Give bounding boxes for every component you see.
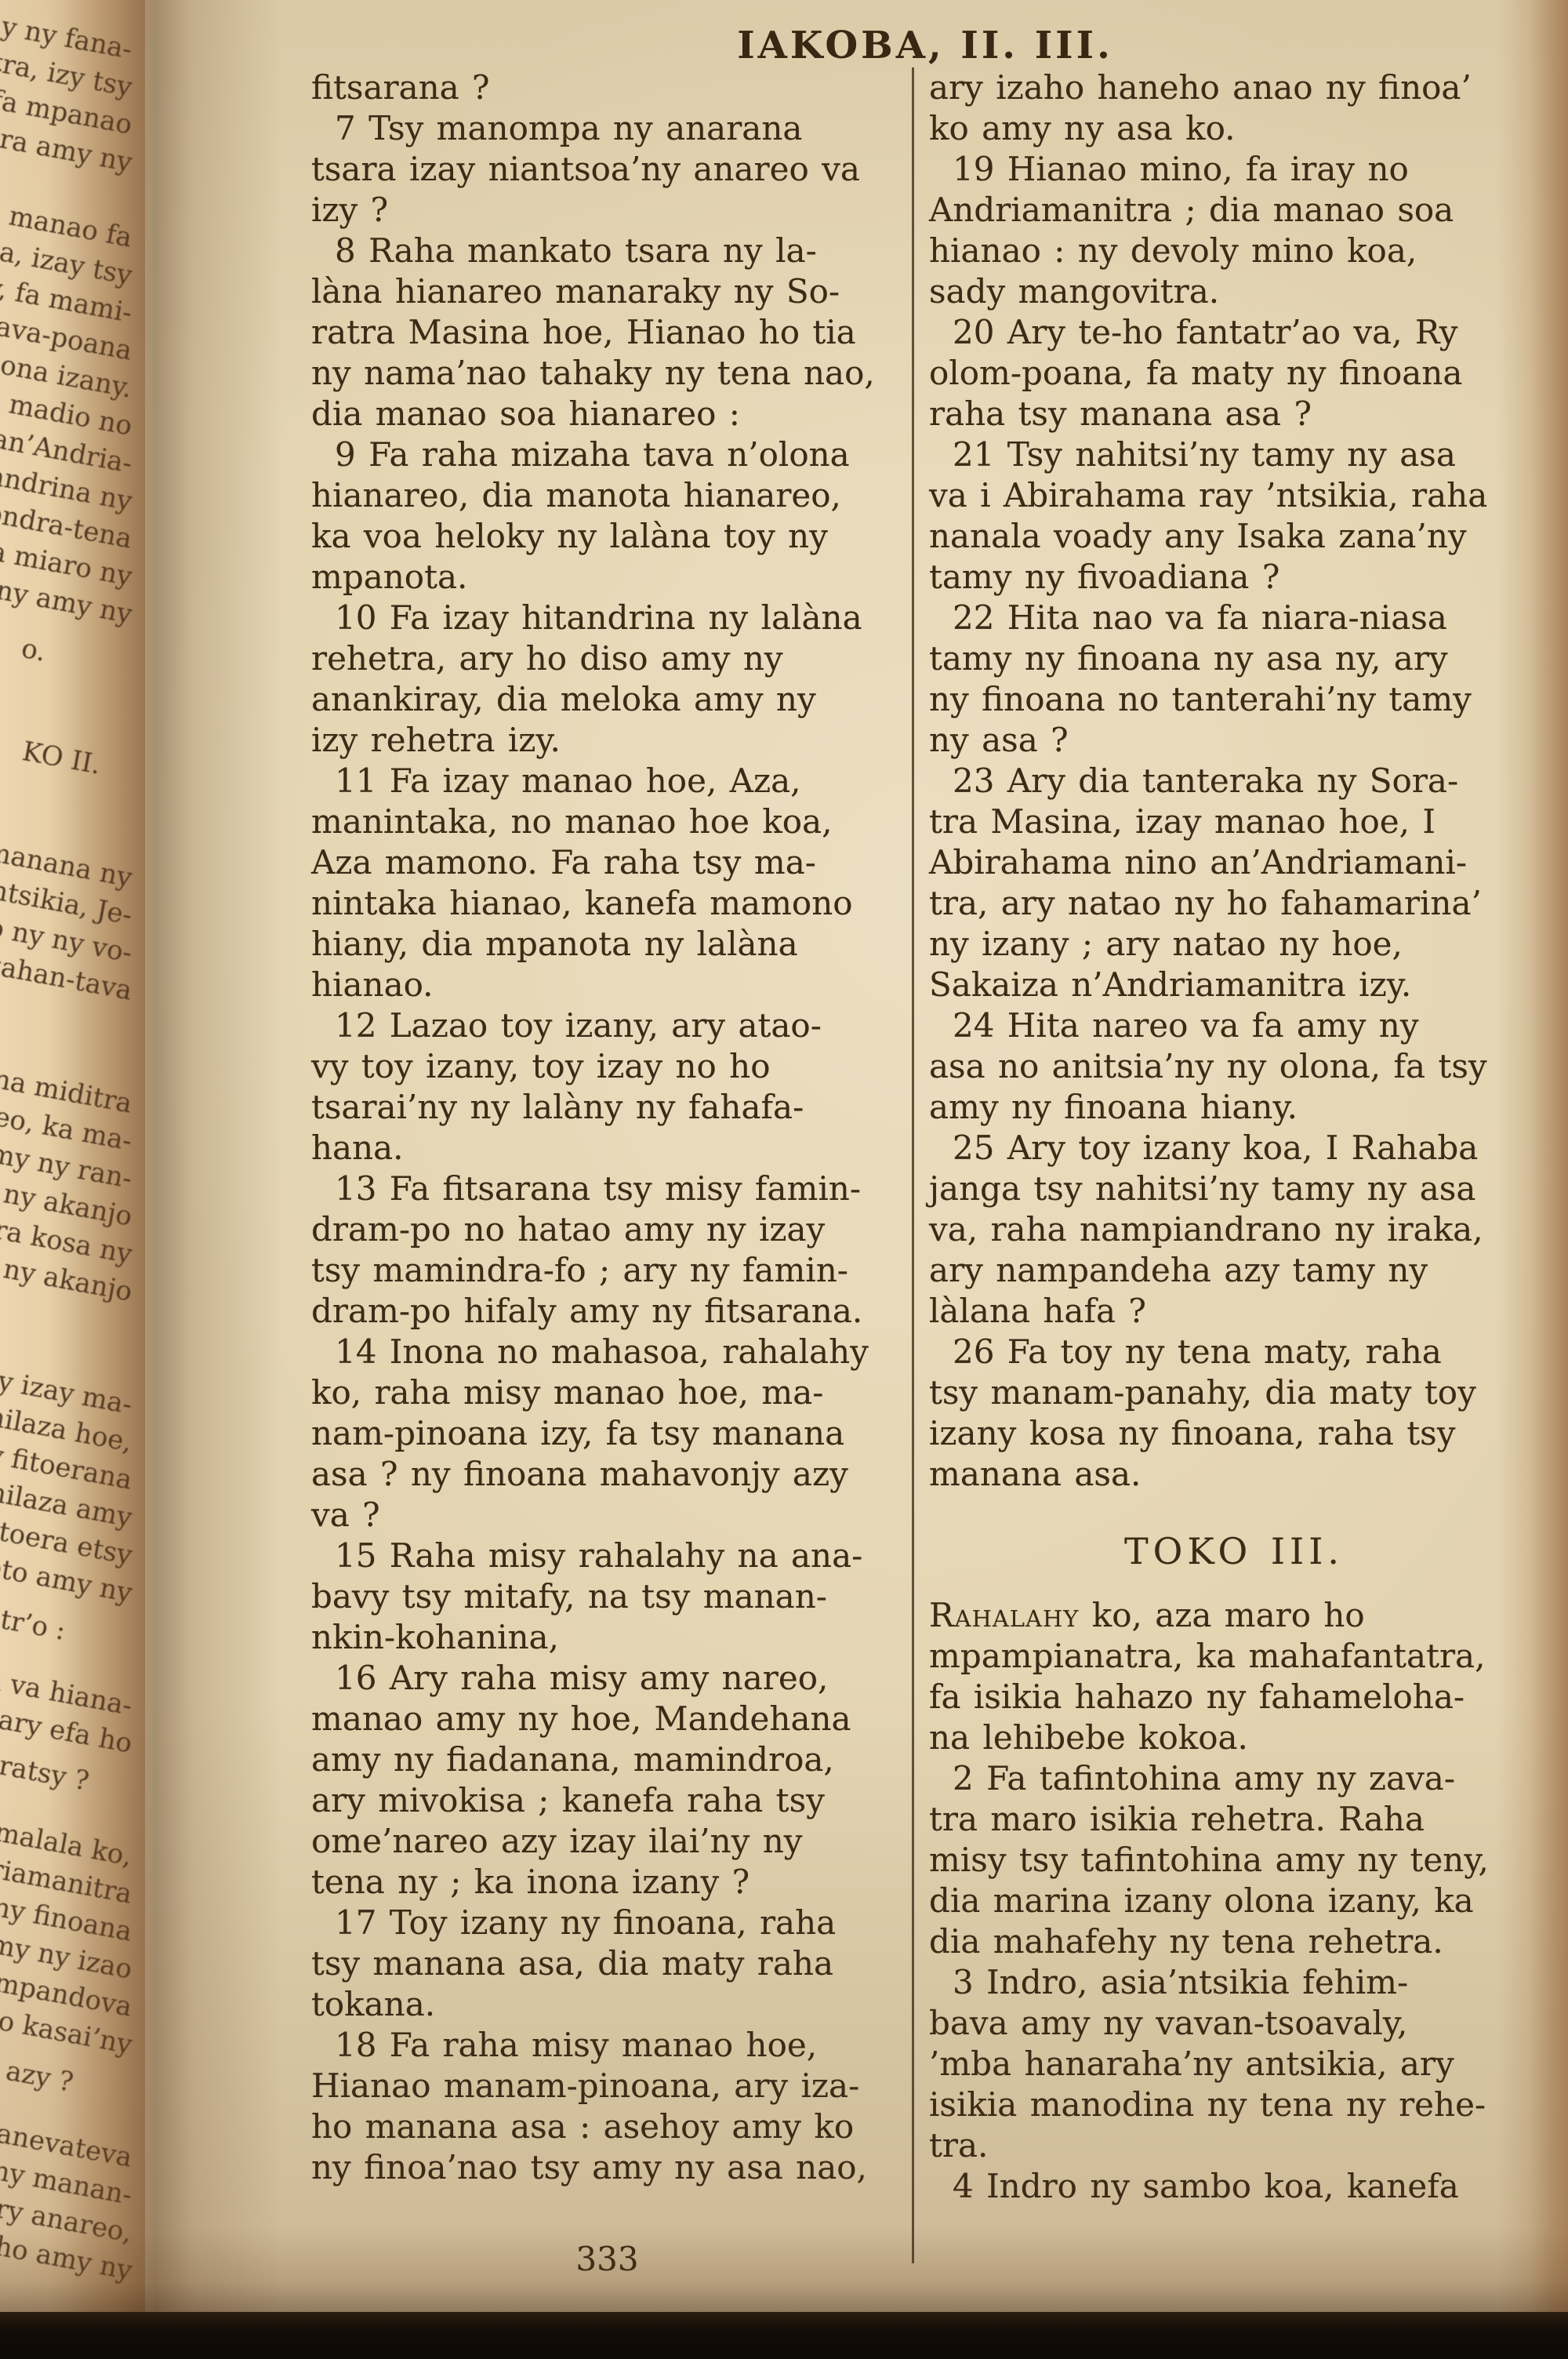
verse-text: 10 Fa izay hitandrina ny lalàna rehetra,… — [311, 598, 862, 759]
left-column: fitsarana ? 7 Tsy manompa ny anarana tsa… — [311, 67, 903, 2188]
verse-paragraph: 24 Hita nareo va fa amy ny asa no anitsi… — [929, 1005, 1539, 1128]
verse-paragraph: 21 Tsy nahitsi’ny tamy ny asa va i Abira… — [929, 434, 1539, 598]
verse-paragraph: 3 Indro, asia’ntsikia fehim- bava amy ny… — [929, 1962, 1539, 2166]
verse-paragraph: 16 Ary raha misy amy nareo, manao amy ny… — [311, 1658, 903, 1903]
verse-paragraph: 26 Fa toy ny tena maty, raha tsy manam-p… — [929, 1332, 1539, 1495]
verse-paragraph: 19 Hianao mino, fa iray no Andriamanitra… — [929, 149, 1539, 312]
verse-paragraph: Rahalahy ko, aza maro ho mpampianatra, k… — [929, 1595, 1539, 1758]
verse-paragraph: 22 Hita nao va fa niara-niasa tamy ny fi… — [929, 598, 1539, 761]
verse-paragraph: ary izaho haneho anao ny finoa’ ko amy n… — [929, 67, 1539, 149]
verse-text: 16 Ary raha misy amy nareo, manao amy ny… — [311, 1659, 851, 1901]
verse-text: 12 Lazao toy izany, ary atao- vy toy iza… — [311, 1006, 822, 1167]
verse-paragraph: 12 Lazao toy izany, ary atao- vy toy iza… — [311, 1005, 903, 1169]
verse-text: 21 Tsy nahitsi’ny tamy ny asa va i Abira… — [929, 435, 1487, 596]
smallcaps-lead: Rahalahy — [929, 1596, 1079, 1634]
verse-paragraph: 13 Fa fitsarana tsy misy famin- dram-po … — [311, 1169, 903, 1332]
verse-text: TOKO III. — [1124, 1530, 1344, 1572]
verse-text: 15 Raha misy rahalahy na ana- bavy tsy m… — [311, 1536, 862, 1656]
verse-paragraph: fitsarana ? — [311, 67, 903, 108]
verse-paragraph: 7 Tsy manompa ny anarana tsara izay nian… — [311, 108, 903, 231]
verse-text: 25 Ary toy izany koa, I Rahaba janga tsy… — [929, 1129, 1483, 1330]
column-divider-rule — [912, 67, 914, 2263]
verse-text: 7 Tsy manompa ny anarana tsara izay nian… — [311, 109, 860, 229]
verse-text: 23 Ary dia tanteraka ny Sora- tra Masina… — [929, 761, 1482, 1004]
verse-text: 3 Indro, asia’ntsikia fehim- bava amy ny… — [929, 1963, 1486, 2165]
verse-paragraph: 10 Fa izay hitandrina ny lalàna rehetra,… — [311, 598, 903, 761]
verse-text: 11 Fa izay manao hoe, Aza, manintaka, no… — [311, 761, 853, 1004]
bottom-page-shadow — [0, 2227, 1568, 2317]
verse-text: 14 Inona no mahasoa, rahalahy ko, raha m… — [311, 1332, 869, 1534]
verse-paragraph: 17 Toy izany ny finoana, raha tsy manana… — [311, 1903, 903, 2025]
running-head-title: IAKOBA, II. III. — [314, 24, 1537, 67]
verse-text: 13 Fa fitsarana tsy misy famin- dram-po … — [311, 1169, 862, 1330]
verse-paragraph: 25 Ary toy izany koa, I Rahaba janga tsy… — [929, 1128, 1539, 1332]
verse-text: 19 Hianao mino, fa iray no Andriamanitra… — [929, 150, 1454, 311]
verse-paragraph: 11 Fa izay manao hoe, Aza, manintaka, no… — [311, 761, 903, 1005]
verse-paragraph: 14 Inona no mahasoa, rahalahy ko, raha m… — [311, 1332, 903, 1536]
verse-text: fitsarana ? — [311, 68, 490, 107]
photo-background-band — [0, 2312, 1568, 2359]
verse-paragraph: 4 Indro ny sambo koa, kanefa — [929, 2166, 1539, 2207]
verse-text: 18 Fa raha misy manao hoe, Hianao manam-… — [311, 2026, 867, 2186]
verse-text: 17 Toy izany ny finoana, raha tsy manana… — [311, 1903, 836, 2023]
verse-text: 24 Hita nareo va fa amy ny asa no anitsi… — [929, 1006, 1487, 1126]
verse-paragraph: 23 Ary dia tanteraka ny Sora- tra Masina… — [929, 761, 1539, 1005]
verse-text: 8 Raha mankato tsara ny la- làna hianare… — [311, 231, 875, 433]
verse-text: 9 Fa raha mizaha tava n’olona hianareo, … — [311, 435, 850, 596]
verse-text: 26 Fa toy ny tena maty, raha tsy manam-p… — [929, 1332, 1476, 1493]
verse-paragraph: 15 Raha misy rahalahy na ana- bavy tsy m… — [311, 1536, 903, 1658]
verse-paragraph: 18 Fa raha misy manao hoe, Hianao manam-… — [311, 2025, 903, 2188]
chapter-heading: TOKO III. — [929, 1531, 1539, 1572]
verse-text: ary izaho haneho anao ny finoa’ ko amy n… — [929, 68, 1472, 147]
verse-text: 20 Ary te-ho fantatr’ao va, Ry olom-poan… — [929, 313, 1462, 433]
verse-text: 2 Fa tafintohina amy ny zava- tra maro i… — [929, 1759, 1489, 1961]
verse-paragraph: 8 Raha mankato tsara ny la- làna hianare… — [311, 231, 903, 434]
verse-paragraph: 9 Fa raha mizaha tava n’olona hianareo, … — [311, 434, 903, 598]
verse-paragraph: 2 Fa tafintohina amy ny zava- tra maro i… — [929, 1758, 1539, 1962]
verse-text: 22 Hita nao va fa niara-niasa tamy ny fi… — [929, 598, 1472, 759]
verse-text: 4 Indro ny sambo koa, kanefa — [953, 2167, 1459, 2205]
right-column: ary izaho haneho anao ny finoa’ ko amy n… — [929, 67, 1539, 2207]
verse-paragraph: 20 Ary te-ho fantatr’ao va, Ry olom-poan… — [929, 312, 1539, 434]
page-right-edge — [1497, 0, 1568, 2359]
